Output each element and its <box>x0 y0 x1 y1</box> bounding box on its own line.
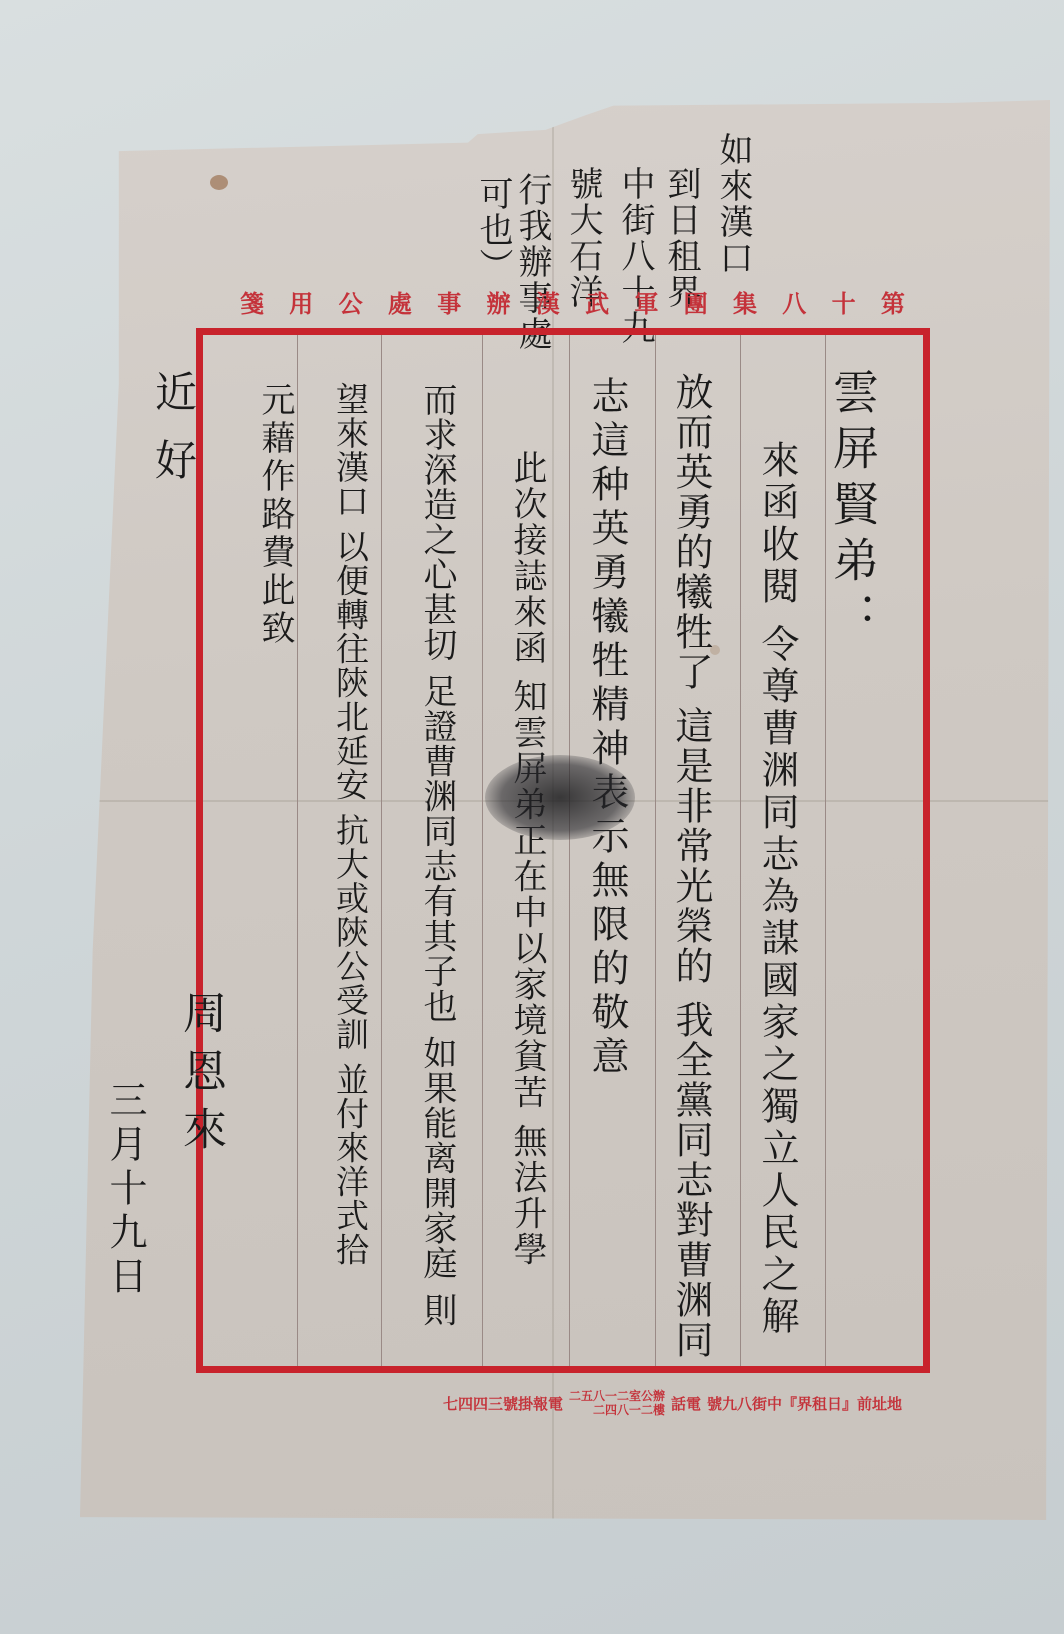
letterhead-char: 辦 <box>486 284 510 319</box>
letterhead-char: 十 <box>832 284 856 319</box>
letterhead-char: 箋 <box>240 284 264 319</box>
letterhead-char: 軍 <box>634 284 658 319</box>
letter-column-6: 望來漢口 以便轉往陝北延安 抗大或陝公受訓 並付來洋式拾 <box>334 382 367 1342</box>
column-rule <box>482 335 483 1366</box>
column-rule <box>740 335 741 1366</box>
ink-blot <box>485 755 635 840</box>
column-rule <box>569 335 570 1366</box>
letterhead-char: 第 <box>881 284 905 319</box>
letterhead-char: 八 <box>782 284 806 319</box>
date: 三月十九日 <box>106 1080 144 1300</box>
footer-phone-floor: 樓二一八四二 <box>569 1404 665 1418</box>
note-column: 中街八十九 <box>618 166 652 346</box>
letterhead-char: 團 <box>684 284 708 319</box>
letter-column-1: 來函收閱 令尊曹渊同志為謀國家之獨立人民之解 <box>758 440 796 1360</box>
letterhead-char: 用 <box>289 284 313 319</box>
letter-column-5: 而求深造之心甚切 足證曹渊同志有其子也 如果能离開家庭 則 <box>420 382 454 1352</box>
note-column: 可也） <box>476 176 510 284</box>
letter-column-4: 此次接誌來函 知雲屏弟正在中以家境貧苦 無法升學 <box>510 450 544 1350</box>
letterhead-footer: 地址前『日租界』中街八九號 電話 辦公室二一八五二 樓二一八四二 電報掛號三四四… <box>222 1390 902 1418</box>
letterhead-char: 處 <box>388 284 412 319</box>
letter-column-3: 志這种英勇犧牲精神表示無限的敬意 <box>588 376 626 1080</box>
column-rule <box>381 335 382 1366</box>
letter-column-7: 元藉作路費此致 <box>258 382 292 648</box>
letter-frame <box>196 328 930 1373</box>
column-rule <box>297 335 298 1366</box>
letterhead-char: 漢 <box>536 284 560 319</box>
footer-phone-numbers: 辦公室二一八五二 樓二一八四二 <box>569 1390 665 1418</box>
footer-phone-label: 電話 <box>671 1393 701 1414</box>
note-column: 如來漢口 <box>716 132 750 276</box>
letter-column-2: 放而英勇的犧牲了 這是非常光榮的 我全黨同志對曹渊同 <box>672 372 710 1362</box>
letterhead-char: 集 <box>733 284 757 319</box>
footer-address: 地址前『日租界』中街八九號 <box>707 1393 902 1414</box>
letterhead-char: 事 <box>437 284 461 319</box>
closing: 近好 <box>152 370 194 506</box>
rust-stain <box>210 175 228 190</box>
letterhead-char: 公 <box>339 284 363 319</box>
rust-stain <box>372 108 382 117</box>
footer-phone-office: 辦公室二一八五二 <box>569 1390 665 1404</box>
letterhead-title: 第 十 八 集 團 軍 武 漢 辦 事 處 公 用 箋 <box>240 284 905 319</box>
letterhead-char: 武 <box>585 284 609 319</box>
signature: 周恩來 <box>178 990 222 1164</box>
salutation: 雲屏賢弟： <box>830 368 876 648</box>
column-rule <box>655 335 656 1366</box>
note-column: 行我辦事處 <box>515 172 549 352</box>
footer-telegram: 電報掛號三四四七 <box>443 1393 563 1414</box>
